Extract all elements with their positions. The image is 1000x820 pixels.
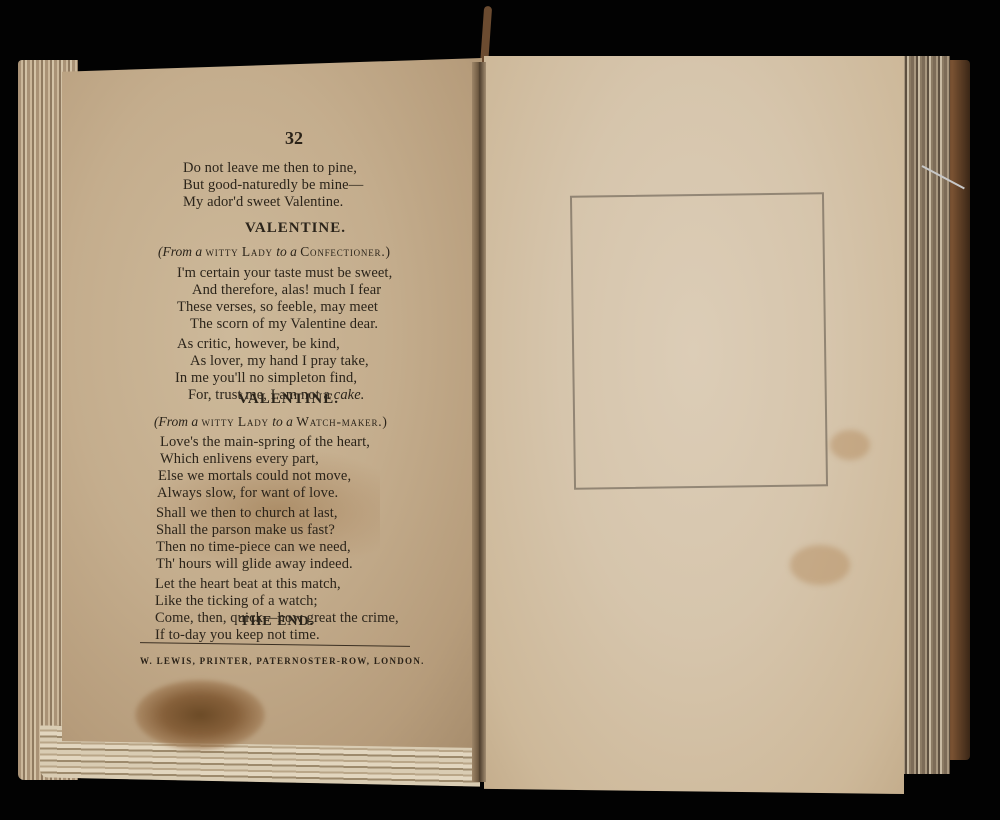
verse-line: Th' hours will glide away indeed. <box>156 556 353 573</box>
page-number: 32 <box>285 128 303 149</box>
poem-title: VALENTINE. <box>245 220 346 237</box>
end-text: THE END. <box>240 614 314 630</box>
verse-line: Let the heart beat at this match, <box>155 576 341 593</box>
foxing-spot <box>830 430 870 460</box>
verse-line: Love's the main-spring of the heart, <box>160 434 370 451</box>
poem-subtitle: (From a witty Lady to a Watch-maker.) <box>154 414 388 430</box>
verse-line: In me you'll no simpleton find, <box>175 370 357 387</box>
plate-mark-impression <box>570 192 828 490</box>
verse-line: These verses, so feeble, may meet <box>177 299 378 316</box>
verse-line: Else we mortals could not move, <box>158 468 351 485</box>
verse-line: Always slow, for want of love. <box>157 485 338 502</box>
verse-line: Like the ticking of a watch; <box>155 593 318 610</box>
verse-line: As lover, my hand I pray take, <box>190 353 369 370</box>
verse-line: Which enlivens every part, <box>160 451 319 468</box>
verse-line: Then no time-piece can we need, <box>156 539 351 556</box>
verse-line: The scorn of my Valentine dear. <box>190 316 378 333</box>
verse-line: As critic, however, be kind, <box>177 336 340 353</box>
verse-line: But good-naturedly be mine— <box>183 177 363 194</box>
verse-line: Shall we then to church at last, <box>156 505 338 522</box>
verse-line: I'm certain your taste must be sweet, <box>177 265 392 282</box>
poem-subtitle: (From a witty Lady to a Confectioner.) <box>158 244 391 260</box>
verse-line: My ador'd sweet Valentine. <box>183 194 343 211</box>
printer-imprint: W. LEWIS, PRINTER, PATERNOSTER-ROW, LOND… <box>140 656 425 666</box>
book-gutter <box>472 62 486 782</box>
verse-line: Do not leave me then to pine, <box>183 160 357 177</box>
poem-title: VALENTINE. <box>238 391 339 408</box>
verse-line: Shall the parson make us fast? <box>156 522 335 539</box>
foxing-stain <box>135 680 265 750</box>
foxing-spot <box>790 545 850 585</box>
open-book: 32 Do not leave me then to pine, But goo… <box>0 0 1000 820</box>
verse-line: And therefore, alas! much I fear <box>192 282 381 299</box>
right-page-block-edges <box>900 56 950 774</box>
